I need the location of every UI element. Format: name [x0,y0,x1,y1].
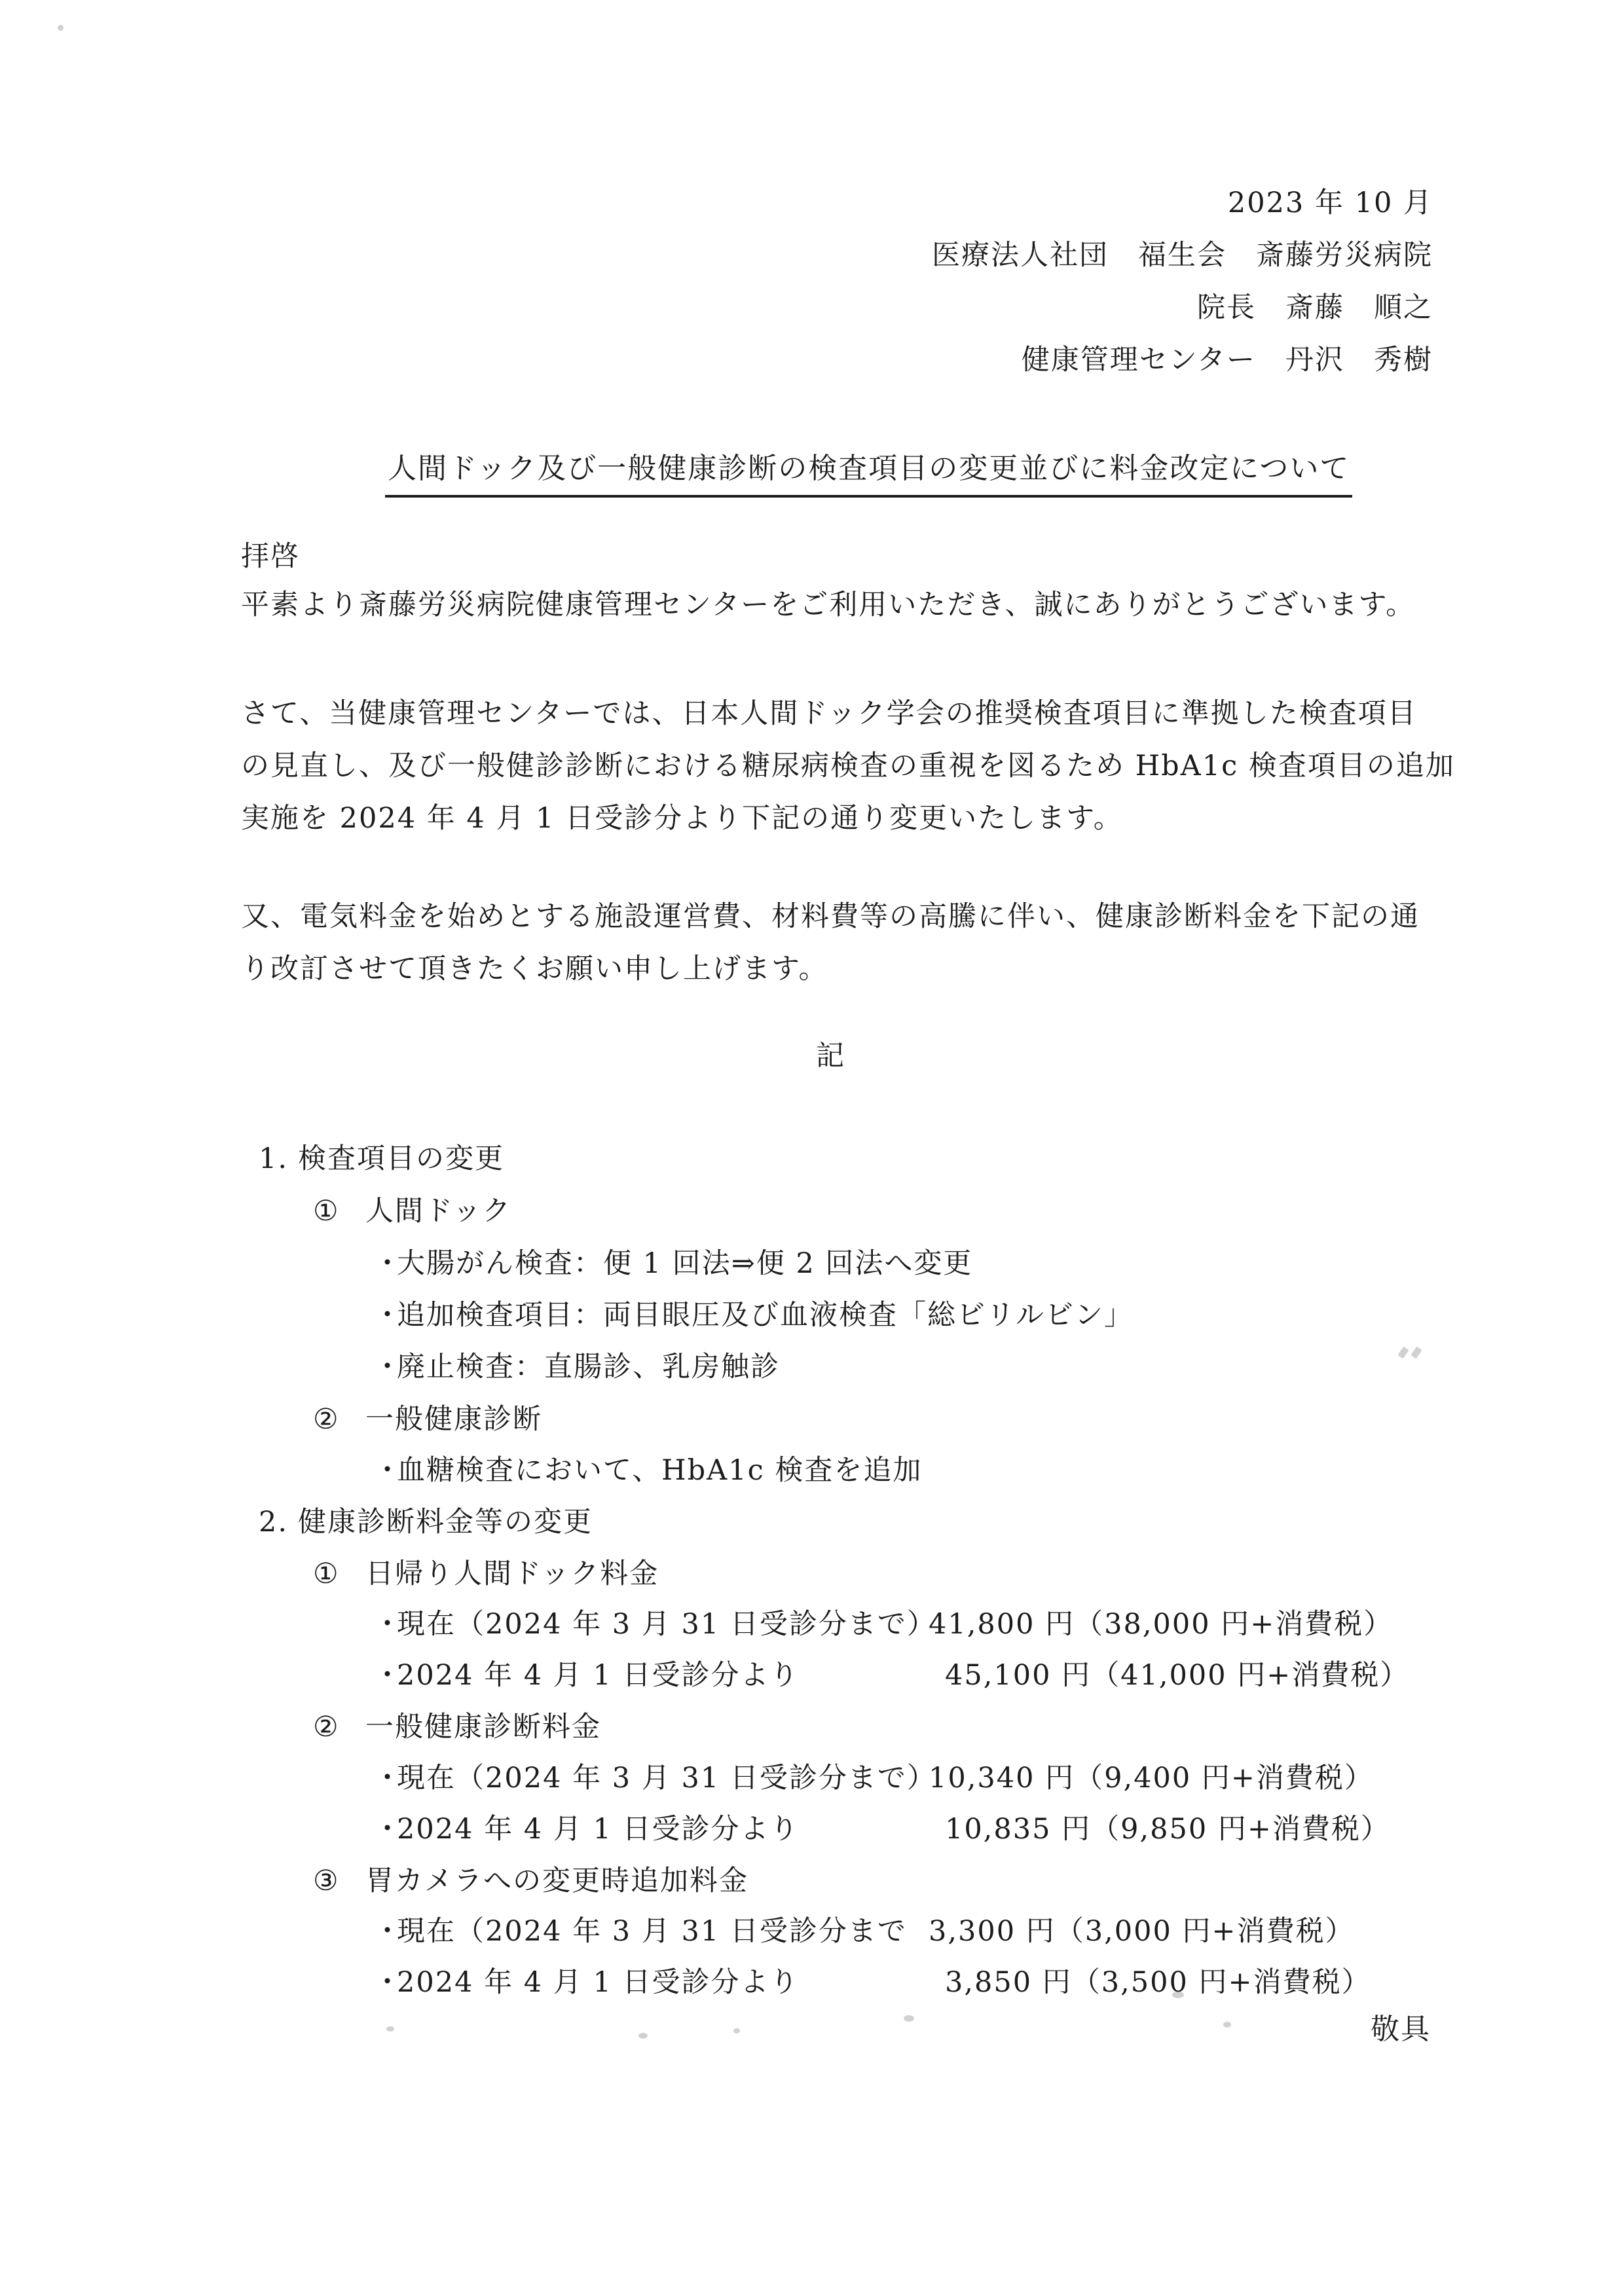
paragraph1-line3: 実施を 2024 年 4 月 1 日受診分より下記の通り変更いたします。 [241,800,1123,837]
outline-text: 一般健康診断料金 [365,1709,601,1745]
outline-text: 健康診断料金等の変更 [298,1504,593,1540]
outline-marker: ・ [373,1349,397,1385]
greeting-line: 平素より斎藤労災病院健康管理センターをご利用いただき、誠にありがとうございます。 [241,587,1415,623]
outline-row: ・血糖検査において、HbA1c 検査を追加 [373,1452,922,1489]
outline-row: ①人間ドック [313,1193,511,1230]
outline-marker: 2. [259,1504,298,1540]
outline-row: ・2024 年 4 月 1 日受診分より10,835 円（9,850 円+消費税… [373,1811,1390,1848]
outline-text: 現在（2024 年 3 月 31 日受診分まで [397,1913,929,1950]
outline-row: ・現在（2024 年 3 月 31 日受診分まで）10,340 円（9,400 … [373,1760,1374,1796]
outline-text: 一般健康診断 [365,1401,542,1438]
salutation: 拝啓 [241,538,300,575]
outline-price: 10,835 円（9,850 円+消費税） [929,1811,1390,1848]
outline-marker: ① [313,1193,365,1230]
scan-noise [1411,1347,1422,1359]
scan-noise [904,2015,914,2022]
outline-price: 41,800 円（38,000 円+消費税） [929,1606,1393,1643]
outline-text: 日帰り人間ドック料金 [365,1556,659,1592]
outline-price: 3,300 円（3,000 円+消費税） [929,1913,1355,1950]
outline-marker: ・ [373,1811,397,1848]
outline-marker: ② [313,1709,365,1745]
paragraph1-line2: の見直し、及び一般健診診断における糖尿病検査の重視を図るため HbA1c 検査項… [241,748,1455,784]
outline-text: 人間ドック [365,1193,511,1230]
outline-marker: ・ [373,1913,397,1950]
outline-marker: ・ [373,1606,397,1643]
scan-noise [638,2033,648,2039]
outline-row: ・追加検査項目：両目眼圧及び血液検査「総ビリルビン」 [373,1297,1134,1334]
outline-text: 大腸がん検査：便 1 回法⇒便 2 回法へ変更 [397,1245,972,1282]
outline-text: 廃止検査：直腸診、乳房触診 [397,1349,780,1385]
paragraph2-line2: り改訂させて頂きたくお願い申し上げます。 [241,951,828,987]
closing-word: 敬具 [1371,2011,1431,2048]
issuer-health-center: 健康管理センター 丹沢 秀樹 [932,342,1433,394]
outline-text: 2024 年 4 月 1 日受診分より [397,1657,929,1694]
outline-marker: ・ [373,1964,397,2001]
outline-price: 3,850 円（3,500 円+消費税） [929,1964,1371,2001]
outline-marker: ・ [373,1657,397,1694]
scanned-letter-page: 2023 年 10 月 医療法人社団 福生会 斎藤労災病院 院長 斎藤 順之 健… [0,0,1624,2296]
outline-text: 現在（2024 年 3 月 31 日受診分まで） [397,1760,929,1796]
outline-text: 現在（2024 年 3 月 31 日受診分まで） [397,1606,929,1643]
document-title: 人間ドック及び一般健康診断の検査項目の変更並びに料金改定について [385,450,1352,498]
outline-row: 1.検査項目の変更 [259,1140,504,1177]
outline-marker: ① [313,1556,365,1592]
outline-marker: ③ [313,1863,365,1899]
issuer-director: 院長 斎藤 順之 [932,289,1433,342]
outline-marker: 1. [259,1140,298,1177]
scan-noise [1397,1347,1409,1359]
outline-row: 2.健康診断料金等の変更 [259,1504,593,1540]
outline-text: 2024 年 4 月 1 日受診分より [397,1964,929,2001]
outline-row: ・2024 年 4 月 1 日受診分より45,100 円（41,000 円+消費… [373,1657,1409,1694]
paragraph1-line1: さて、当健康管理センターでは、日本人間ドック学会の推奨検査項目に準拠した検査項目 [241,695,1417,732]
outline-text: 追加検査項目：両目眼圧及び血液検査「総ビリルビン」 [397,1297,1134,1334]
outline-price: 10,340 円（9,400 円+消費税） [929,1760,1374,1796]
outline-row: ・大腸がん検査：便 1 回法⇒便 2 回法へ変更 [373,1245,972,1282]
outline-text: 血糖検査において、HbA1c 検査を追加 [397,1452,922,1489]
outline-marker: ・ [373,1452,397,1489]
scan-noise [733,2028,740,2033]
outline-row: ・現在（2024 年 3 月 31 日受診分まで）41,800 円（38,000… [373,1606,1393,1643]
record-marker: 記 [816,1038,845,1074]
scan-noise [1223,2022,1231,2028]
outline-row: ②一般健康診断料金 [313,1709,601,1745]
scan-noise [58,25,64,31]
outline-row: ・廃止検査：直腸診、乳房触診 [373,1349,780,1385]
scan-noise [1172,1992,1184,1998]
outline-marker: ・ [373,1297,397,1334]
paragraph2-line1: 又、電気料金を始めとする施設運営費、材料費等の高騰に伴い、健康診断料金を下記の通 [241,898,1420,935]
outline-row: ・2024 年 4 月 1 日受診分より3,850 円（3,500 円+消費税） [373,1964,1371,2001]
document-date: 2023 年 10 月 [932,185,1433,237]
outline-text: 検査項目の変更 [298,1140,504,1177]
outline-row: ③胃カメラへの変更時追加料金 [313,1863,748,1899]
outline-text: 2024 年 4 月 1 日受診分より [397,1811,929,1848]
outline-row: ②一般健康診断 [313,1401,542,1438]
issuer-organization: 医療法人社団 福生会 斎藤労災病院 [932,237,1433,289]
outline-marker: ・ [373,1760,397,1796]
scan-noise [386,2026,394,2032]
outline-row: ①日帰り人間ドック料金 [313,1556,659,1592]
outline-marker: ・ [373,1245,397,1282]
sender-block: 2023 年 10 月 医療法人社団 福生会 斎藤労災病院 院長 斎藤 順之 健… [932,185,1433,394]
outline-marker: ② [313,1401,365,1438]
outline-text: 胃カメラへの変更時追加料金 [365,1863,748,1899]
outline-row: ・現在（2024 年 3 月 31 日受診分まで3,300 円（3,000 円+… [373,1913,1355,1950]
outline-price: 45,100 円（41,000 円+消費税） [929,1657,1409,1694]
